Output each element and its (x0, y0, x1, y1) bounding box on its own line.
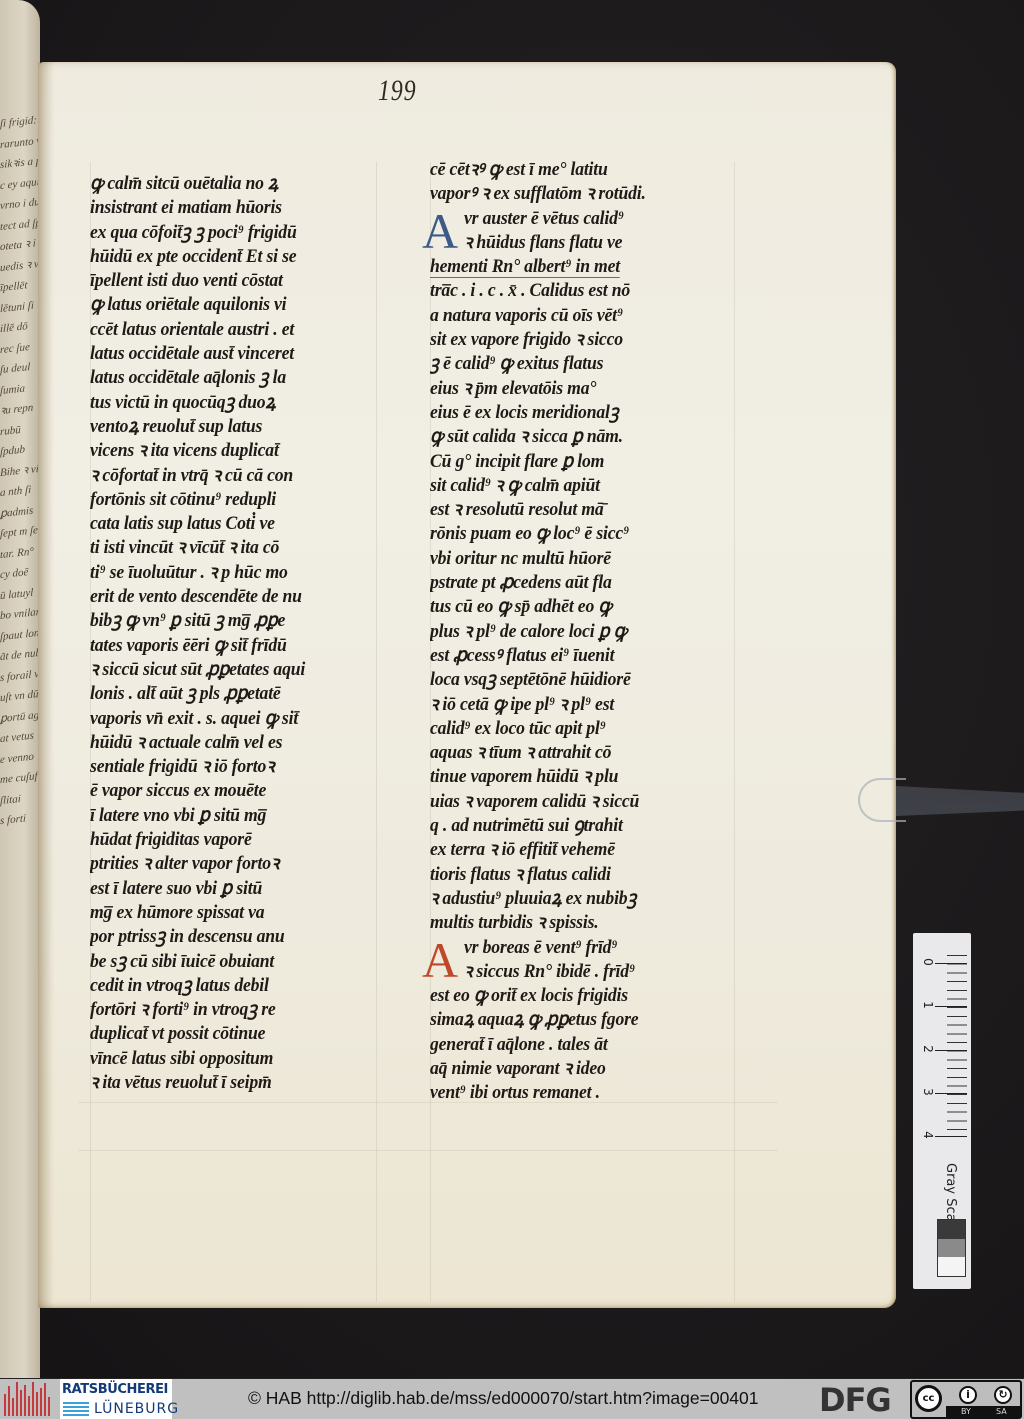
manuscript-line-text: vr boreas ē vent⁹ frīd⁹ (464, 937, 617, 958)
manuscript-line-text: ꝛ cōfortat̄ in vtrq̄ ꝛ cū cā con (90, 465, 293, 486)
logo-bar (24, 1385, 26, 1416)
manuscript-line: aq̄ nimie vaporant ꝛ ideo (430, 1057, 715, 1081)
folio-number: 199 (378, 74, 416, 108)
manuscript-line-text: ꝙ sūt calida ꝛ sicca ꝑ nām. (430, 426, 623, 447)
decorated-initial: A (422, 209, 458, 253)
manuscript-line: calid⁹ ex loco tūc apit pl⁹ (430, 717, 715, 741)
manuscript-line: ꝛ siccus Rn° ibidē . frīd⁹ (464, 960, 717, 984)
cc-icon: cc (915, 1385, 942, 1412)
manuscript-line: uias ꝛ vaporem calidū ꝛ siccū (430, 790, 715, 814)
manuscript-line-text: ꝛ iō cetā ꝙ ipe pl⁹ ꝛ pl⁹ est (430, 694, 614, 715)
manuscript-line-text: lonis . alt̄ aūt ꝫ pls ꝓꝑetatē (90, 683, 281, 704)
manuscript-line-text: be sꝫ cū sibi īuicē obuiant (90, 951, 274, 972)
manuscript-line-text: ꝛ hūidus flans flatu ve (464, 232, 622, 253)
ruler-major-tick (935, 1093, 967, 1094)
manuscript-line: eius ꝛ p̄m elevatōis ma° (430, 377, 715, 401)
manuscript-line-text: ꝛ adustiu⁹ pluuiaꝝ ex nubibꝫ (430, 888, 636, 909)
library-name-bottom: LÜNEBURG (94, 1401, 179, 1417)
manuscript-line: tus victū in quocūqꝫ duoꝝ (90, 391, 365, 415)
manuscript-line: vaporis vn̄ exit . s. aquei ꝙ sit̄ (90, 707, 365, 731)
manuscript-line-text: hūidū ex pte occident̄ Et si se (90, 246, 296, 267)
manuscript-line-text: ccēt latus orientale austri . et (90, 319, 294, 340)
manuscript-line-text: plus ꝛ pl⁹ de calore loci ꝑ ꝙ (430, 621, 627, 642)
manuscript-line-text: loca vsqꝫ septētōnē hūidiorē (430, 669, 631, 690)
manuscript-line: eius ē ex locis meridionalꝫ (430, 401, 715, 425)
manuscript-line-text: latus occidētale aust̄ vinceret (90, 343, 294, 364)
manuscript-line-text: ex terra ꝛ iō effitit̄ vehemē (430, 839, 615, 860)
text-column-left: ꝙ calm̄ sitcū ouētalia no ꝝinsistrant ei… (90, 172, 386, 1095)
manuscript-line: ꝫ ē calid⁹ ꝙ exitus flatus (430, 352, 715, 376)
manuscript-line-text: ti isti vincūt ꝛ vīcūt̄ ꝛ ita cō (90, 537, 279, 558)
manuscript-line-text: pstrate pt ꝓcedens aūt fla (430, 572, 612, 593)
manuscript-line-text: generat̄ ī aq̄lone . tales āt (430, 1034, 608, 1055)
copyright-link[interactable]: © HAB http://diglib.hab.de/mss/ed000070/… (248, 1388, 759, 1409)
ruling-line (78, 1150, 778, 1151)
manuscript-line: be sꝫ cū sibi īuicē obuiant (90, 950, 365, 974)
manuscript-scan: ſi frigid: verarunto velitsikꝛis a pulch… (0, 0, 1024, 1378)
manuscript-line-text: duplicat̄ vt possit cōtinue (90, 1023, 265, 1044)
manuscript-line: fortōnis sit cōtinu⁹ redupli (90, 488, 365, 512)
manuscript-line-text: por ptrissꝫ in descensu anu (90, 926, 285, 947)
manuscript-line: sentiale frigidū ꝛ iō fortoꝛ (90, 755, 365, 779)
logo-bar (40, 1388, 42, 1416)
manuscript-line: vīncē latus sibi oppositum (90, 1047, 365, 1071)
manuscript-line: īpellent isti duo venti cōstat (90, 269, 365, 293)
manuscript-line-text: bibꝫ ꝙ vn⁹ ꝑ sitū ꝫ mg̅ ꝓꝑe (90, 610, 285, 631)
manuscript-line-text: ē vapor siccus ex mouēte (90, 780, 266, 801)
ruler-number: 0 (921, 958, 935, 966)
manuscript-line-text: ꝛ siccū sicut sūt ꝓꝑetates aqui (90, 659, 305, 680)
manuscript-line: rōnis puam eo ꝙ loc⁹ ē sicc⁹ (430, 522, 715, 546)
manuscript-line: ꝙ calm̄ sitcū ouētalia no ꝝ (90, 172, 365, 196)
manuscript-line-text: fortōnis sit cōtinu⁹ redupli (90, 489, 276, 510)
ruler-ticks (947, 955, 967, 1135)
logo-bar (44, 1383, 46, 1416)
dfg-logo[interactable]: DFG (819, 1381, 891, 1419)
manuscript-line-text: est ꝓcessꝰ flatus ei⁹ īuenit (430, 645, 614, 666)
manuscript-line-text: rōnis puam eo ꝙ loc⁹ ē sicc⁹ (430, 523, 629, 544)
manuscript-line: ex qua cōfoit̄ꝫ ꝫ poci⁹ frigidū (90, 221, 365, 245)
manuscript-line: vbi oritur nc multū hūorē (430, 547, 715, 571)
manuscript-line-text: sit calid⁹ ꝛ ꝙ calm̄ apiūt (430, 475, 600, 496)
footer-bar: RATSBÜCHEREI LÜNEBURG © HAB http://digli… (0, 1378, 1024, 1419)
manuscript-line: cedit in vtroqꝫ latus debil (90, 974, 365, 998)
manuscript-line-text: aquas ꝛ tīum ꝛ attrahit cō (430, 742, 611, 763)
manuscript-line-text: tinue vaporem hūidū ꝛ plu (430, 766, 618, 787)
manuscript-line: q . ad nutrimētū sui ꝯtrahit (430, 814, 715, 838)
manuscript-line-text: cedit in vtroqꝫ latus debil (90, 975, 269, 996)
manuscript-line: ccēt latus orientale austri . et (90, 318, 365, 342)
manuscript-line: fortōri ꝛ forti⁹ in vtroqꝫ re (90, 998, 365, 1022)
manuscript-line: est ꝓcessꝰ flatus ei⁹ īuenit (430, 644, 715, 668)
manuscript-line-text: sentiale frigidū ꝛ iō fortoꝛ (90, 756, 274, 777)
manuscript-line: ti⁹ se īuoluūtur . ꝛ p hūc mo (90, 561, 365, 585)
manuscript-line: vr auster ē vētus calid⁹ (464, 207, 717, 231)
manuscript-line: aquas ꝛ tīum ꝛ attrahit cō (430, 741, 715, 765)
manuscript-line: erit de vento descendēte de nu (90, 585, 365, 609)
manuscript-line: sit ex vapore frigido ꝛ sicco (430, 328, 715, 352)
logo-bar (8, 1386, 10, 1416)
manuscript-page: 199 ꝙ calm̄ sitcū ouētalia no ꝝinsistran… (38, 62, 896, 1308)
manuscript-line: por ptrissꝫ in descensu anu (90, 925, 365, 949)
manuscript-line-text: eius ē ex locis meridionalꝫ (430, 402, 619, 423)
manuscript-line: tra̅c . i . c . x̄ . Calidus est nō (430, 279, 715, 303)
manuscript-line: a natura vaporis cū oīs vēt⁹ (430, 304, 715, 328)
manuscript-line-text: vr auster ē vētus calid⁹ (464, 208, 624, 229)
manuscript-line-text: tus cū eo ꝙ sp̄ adhēt eo ꝙ (430, 596, 611, 617)
scale-ruler: 0 1 2 3 4 Gray Scale (913, 933, 971, 1289)
manuscript-line: simaꝝ aquaꝝ ꝙ ꝓꝑetus fgore (430, 1008, 715, 1032)
manuscript-line-text: cata latis sup latus Coti̇̇ ve (90, 513, 275, 534)
manuscript-line: hūdat frigiditas vaporē (90, 828, 365, 852)
ruler-major-tick (935, 963, 967, 964)
page-clip (858, 776, 1024, 824)
manuscript-line: tioris flatus ꝛ flatus calidi (430, 863, 715, 887)
manuscript-line-text: vīncē latus sibi oppositum (90, 1048, 273, 1069)
previous-page-line: ſept m ſe (0, 520, 40, 545)
decorated-initial: A (422, 938, 458, 982)
manuscript-line-text: ventoꝝ reuolut̄ sup latus (90, 416, 262, 437)
gray-scale-swatches (937, 1219, 966, 1277)
manuscript-line-text: cē cētꝛꝰ ꝙ est ī me° latitu (430, 159, 608, 180)
logo-bar (4, 1394, 6, 1416)
manuscript-line: ē vapor siccus ex mouēte (90, 779, 365, 803)
manuscript-line: ꝛ iō cetā ꝙ ipe pl⁹ ꝛ pl⁹ est (430, 693, 715, 717)
ruler-number: 3 (921, 1088, 935, 1096)
manuscript-line-text: tus victū in quocūqꝫ duoꝝ (90, 392, 275, 413)
manuscript-line-text: sit ex vapore frigido ꝛ sicco (430, 329, 623, 350)
manuscript-line: tinue vaporem hūidū ꝛ plu (430, 765, 715, 789)
swatch-dark (938, 1220, 965, 1239)
manuscript-line: ꝛ ita vētus reuolut̄ ī seipm̄ (90, 1071, 365, 1095)
manuscript-line: est ī latere suo vbi ꝑ sitū (90, 877, 365, 901)
manuscript-line-text: tioris flatus ꝛ flatus calidi (430, 864, 611, 885)
manuscript-line-text: ptrities ꝛ alter vapor fortoꝛ (90, 853, 279, 874)
cc-license-badge[interactable]: cc i ↻ BY SA (910, 1380, 1022, 1419)
manuscript-line-text: calid⁹ ex loco tūc apit pl⁹ (430, 718, 606, 739)
manuscript-line-text: aq̄ nimie vaporant ꝛ ideo (430, 1058, 606, 1079)
text-column-right: cē cētꝛꝰ ꝙ est ī me° latituvaporꝰ ꝛ ex s… (430, 158, 736, 1106)
manuscript-line: insistrant ei matiam hūoris (90, 196, 365, 220)
manuscript-line: vr boreas ē vent⁹ frīd⁹ (464, 936, 717, 960)
manuscript-line: pstrate pt ꝓcedens aūt fla (430, 571, 715, 595)
manuscript-line-text: vaporꝰ ꝛ ex sufflatōm ꝛ rotūdi. (430, 183, 646, 204)
manuscript-line-text: multis turbidis ꝛ spissis. (430, 912, 599, 933)
manuscript-line: loca vsqꝫ septētōnē hūidiorē (430, 668, 715, 692)
ruler-number: 2 (921, 1045, 935, 1053)
manuscript-line-text: ex qua cōfoit̄ꝫ ꝫ poci⁹ frigidū (90, 222, 297, 243)
manuscript-line-text: simaꝝ aquaꝝ ꝙ ꝓꝑetus fgore (430, 1009, 638, 1030)
manuscript-line-text: vbi oritur nc multū hūorē (430, 548, 611, 569)
manuscript-line: ꝛ hūidus flans flatu ve (464, 231, 717, 255)
manuscript-line: ꝛ adustiu⁹ pluuiaꝝ ex nubibꝫ (430, 887, 715, 911)
manuscript-line-text: tates vaporis ēēri ꝙ sit̄ frīdū (90, 635, 287, 656)
manuscript-line-text: latus occidētale aq̄lonis ꝫ la (90, 367, 286, 388)
by-label: BY (961, 1406, 971, 1417)
manuscript-line: ptrities ꝛ alter vapor fortoꝛ (90, 852, 365, 876)
manuscript-line: multis turbidis ꝛ spissis. (430, 911, 715, 935)
manuscript-line: duplicat̄ vt possit cōtinue (90, 1022, 365, 1046)
logo-bar (36, 1392, 38, 1416)
sa-label: SA (996, 1406, 1007, 1417)
manuscript-line-text: Cū g° incipit flare ꝑ lom (430, 451, 604, 472)
manuscript-line: latus occidētale aq̄lonis ꝫ la (90, 366, 365, 390)
previous-page-edge: ſi frigid: verarunto velitsikꝛis a pulch… (0, 0, 40, 1378)
manuscript-line-text: ꝙ calm̄ sitcū ouētalia no ꝝ (90, 173, 278, 194)
manuscript-line-text: vicens ꝛ ita vicens duplicat̄ (90, 440, 279, 461)
manuscript-line: cē cētꝛꝰ ꝙ est ī me° latitu (430, 158, 715, 182)
logo-bar (12, 1398, 14, 1416)
manuscript-line-text: ti⁹ se īuoluūtur . ꝛ p hūc mo (90, 562, 288, 583)
manuscript-line: ī latere vno vbi ꝑ sitū mg̅ (90, 804, 365, 828)
manuscript-line-text: q . ad nutrimētū sui ꝯtrahit (430, 815, 623, 836)
clip-loop (858, 778, 906, 822)
manuscript-line: Cū g° incipit flare ꝑ lom (430, 450, 715, 474)
ruler-number: 1 (921, 1001, 935, 1009)
manuscript-line: est eo ꝙ orit̄ ex locis frigidis (430, 984, 715, 1008)
manuscript-line-text: tra̅c . i . c . x̄ . Calidus est nō (430, 280, 630, 301)
manuscript-line: sit calid⁹ ꝛ ꝙ calm̄ apiūt (430, 474, 715, 498)
logo-bar (20, 1390, 22, 1416)
manuscript-line: vicens ꝛ ita vicens duplicat̄ (90, 439, 365, 463)
manuscript-line: ꝛ siccū sicut sūt ꝓꝑetates aqui (90, 658, 365, 682)
manuscript-line-text: est ꝛ resolutū resolut mā̄ (430, 499, 604, 520)
manuscript-line-text: hementi Rn° albert⁹ in met (430, 256, 620, 278)
manuscript-line-text: fortōri ꝛ forti⁹ in vtroqꝫ re (90, 999, 276, 1020)
manuscript-line-text: īpellent isti duo venti cōstat (90, 270, 283, 291)
manuscript-line-text: est ī latere suo vbi ꝑ sitū (90, 878, 262, 899)
manuscript-line-text: hūidū ꝛ actuale calm̄ vel es (90, 732, 282, 753)
ruler-number: 4 (921, 1131, 935, 1139)
clip-arm (896, 786, 1024, 816)
manuscript-line-text: mg̅ ex hūmore spissat va (90, 902, 264, 923)
manuscript-line-text: vaporis vn̄ exit . s. aquei ꝙ sit̄ (90, 708, 298, 729)
manuscript-line-text: eius ꝛ p̄m elevatōis ma° (430, 378, 596, 399)
book-icon (63, 1402, 89, 1416)
previous-page-text: ſi frigid: verarunto velitsikꝛis a pulch… (0, 110, 40, 832)
ruler-major-tick (935, 1050, 967, 1051)
manuscript-line-text: ꝛ siccus Rn° ibidē . frīd⁹ (464, 961, 635, 982)
manuscript-line: hūidū ex pte occident̄ Et si se (90, 245, 365, 269)
manuscript-line: mg̅ ex hūmore spissat va (90, 901, 365, 925)
ruler-major-tick (935, 1006, 967, 1007)
manuscript-line: cata latis sup latus Coti̇̇ ve (90, 512, 365, 536)
manuscript-line: ventoꝝ reuolut̄ sup latus (90, 415, 365, 439)
logo-bar (16, 1382, 18, 1416)
manuscript-line: ꝛ cōfortat̄ in vtrq̄ ꝛ cū cā con (90, 464, 365, 488)
manuscript-line-text: vent⁹ ibi ortus remanet . (430, 1082, 600, 1103)
manuscript-line-text: hūdat frigiditas vaporē (90, 829, 252, 850)
manuscript-line: tus cū eo ꝙ sp̄ adhēt eo ꝙ (430, 595, 715, 619)
manuscript-line-text: insistrant ei matiam hūoris (90, 197, 282, 218)
manuscript-line: hūidū ꝛ actuale calm̄ vel es (90, 731, 365, 755)
manuscript-line: ti isti vincūt ꝛ vīcūt̄ ꝛ ita cō (90, 536, 365, 560)
manuscript-line: ꝙ latus oriētale aquilonis vi (90, 293, 365, 317)
swatch-mid (938, 1239, 965, 1258)
manuscript-line: est ꝛ resolutū resolut mā̄ (430, 498, 715, 522)
manuscript-line: generat̄ ī aq̄lone . tales āt (430, 1033, 715, 1057)
manuscript-line: plus ꝛ pl⁹ de calore loci ꝑ ꝙ (430, 620, 715, 644)
by-attribution-icon: i (959, 1386, 977, 1404)
swatch-light (938, 1257, 965, 1276)
manuscript-line: ꝙ sūt calida ꝛ sicca ꝑ nām. (430, 425, 715, 449)
ruler-major-tick (935, 1136, 967, 1137)
manuscript-line: tates vaporis ēēri ꝙ sit̄ frīdū (90, 634, 365, 658)
logo-bar (32, 1382, 34, 1416)
manuscript-line-text: est eo ꝙ orit̄ ex locis frigidis (430, 985, 628, 1006)
manuscript-line: lonis . alt̄ aūt ꝫ pls ꝓꝑetatē (90, 682, 365, 706)
previous-page-line: ꝑortū ag (0, 704, 40, 729)
logo-bar (48, 1397, 50, 1416)
manuscript-line: latus occidētale aust̄ vinceret (90, 342, 365, 366)
manuscript-line-text: ꝙ latus oriētale aquilonis vi (90, 294, 286, 315)
manuscript-line-text: ꝫ ē calid⁹ ꝙ exitus flatus (430, 353, 603, 374)
manuscript-line-text: ī latere vno vbi ꝑ sitū mg̅ (90, 805, 266, 826)
manuscript-line: hementi Rn° albert⁹ in met (430, 255, 715, 279)
license-bar (946, 1406, 1020, 1417)
manuscript-line-text: uias ꝛ vaporem calidū ꝛ siccū (430, 791, 639, 812)
previous-page-line: Bihe ꝛ vi (0, 458, 40, 483)
previous-page-line: me cuſuf (0, 766, 40, 791)
manuscript-line: vent⁹ ibi ortus remanet . (430, 1081, 715, 1105)
ratsbuecherei-logo[interactable]: RATSBÜCHEREI LÜNEBURG (60, 1379, 172, 1419)
manuscript-line: vaporꝰ ꝛ ex sufflatōm ꝛ rotūdi. (430, 182, 715, 206)
logo-bar (28, 1396, 30, 1416)
manuscript-line: ex terra ꝛ iō effitit̄ vehemē (430, 838, 715, 862)
previous-page-line: s forti (0, 807, 40, 832)
manuscript-line: bibꝫ ꝙ vn⁹ ꝑ sitū ꝫ mg̅ ꝓꝑe (90, 609, 365, 633)
previous-page-line: uedis ꝛ vi (0, 253, 40, 278)
library-name-top: RATSBÜCHEREI (62, 1382, 168, 1397)
sa-share-alike-icon: ↻ (994, 1386, 1012, 1404)
manuscript-line-text: erit de vento descendēte de nu (90, 586, 302, 607)
manuscript-line-text: a natura vaporis cū oīs vēt⁹ (430, 305, 623, 326)
manuscript-line-text: ꝛ ita vētus reuolut̄ ī seipm̄ (90, 1072, 272, 1093)
library-bars-logo (4, 1382, 50, 1416)
